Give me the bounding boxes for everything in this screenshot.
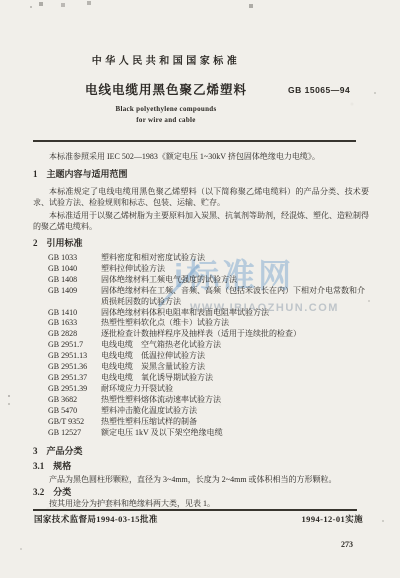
section2-heading: 2 引用标准 xyxy=(33,238,83,249)
section3-sub1-heading: 3.1 规格 xyxy=(33,461,71,472)
reference-row: GB 2828 逐批检查计数抽样程序及抽样表（适用于连续批的检查） xyxy=(48,329,372,340)
section3-heading: 3 产品分类 xyxy=(33,446,83,457)
document-page: i标准网 WWW.IBIAOZHUN.COM 中华人民共和国国家标准 电线电缆用… xyxy=(0,0,400,578)
standard-title-cn: 电线电缆用黑色聚乙烯塑料 xyxy=(33,80,299,98)
reference-code: GB 2951.39 xyxy=(48,384,92,395)
reference-title: 电线电缆 低温拉伸试验方法 xyxy=(101,351,372,362)
references-list: GB 1033 塑料密度和相对密度试验方法 GB 1040 塑料拉伸试验方法 G… xyxy=(48,253,372,438)
section1-paragraph2: 本标准适用于以聚乙烯树脂为主要原料加入炭黑、抗氧剂等助剂，经混炼、塑化、造粒制得… xyxy=(33,210,369,232)
reference-title: 额定电压 1kV 及以下架空绝缘电缆 xyxy=(101,428,372,439)
page-number: 273 xyxy=(341,540,353,549)
scan-artifacts xyxy=(0,0,2,2)
reference-title: 塑料冲击脆化温度试验方法 xyxy=(101,406,372,417)
reference-row: GB 1633 热塑性塑料软化点（维卡）试验方法 xyxy=(48,318,372,329)
authority-line: 中华人民共和国国家标准 xyxy=(33,52,299,67)
reference-code: GB 1410 xyxy=(48,308,92,319)
reference-code: GB 1040 xyxy=(48,264,92,275)
reference-row: GB 5470 塑料冲击脆化温度试验方法 xyxy=(48,406,372,417)
reference-code: GB 2828 xyxy=(48,329,92,340)
reference-title: 固体绝缘材料体积电阻率和表面电阻率试验方法 xyxy=(101,308,372,319)
reference-title: 电线电缆 空气箱热老化试验方法 xyxy=(101,340,372,351)
reference-row: GB 2951.36 电线电缆 炭黑含量试验方法 xyxy=(48,362,372,373)
reference-title: 塑料密度和相对密度试验方法 xyxy=(101,253,372,264)
reference-code: GB 2951.13 xyxy=(48,351,92,362)
reference-row: GB/T 9352 热塑性塑料压缩试样的制备 xyxy=(48,417,372,428)
footer-approval: 国家技术监督局1994-03-15批准 xyxy=(34,513,158,525)
intro-paragraph: 本标准参照采用 IEC 502—1983《额定电压 1~30kV 挤包固体绝缘电… xyxy=(33,151,369,162)
reference-code: GB 1033 xyxy=(48,253,92,264)
reference-code: GB 2951.37 xyxy=(48,373,92,384)
section1-heading: 1 主题内容与适用范围 xyxy=(33,169,128,180)
reference-code: GB 5470 xyxy=(48,406,92,417)
reference-row: GB 1410 固体绝缘材料体积电阻率和表面电阻率试验方法 xyxy=(48,308,372,319)
reference-row: GB 2951.13 电线电缆 低温拉伸试验方法 xyxy=(48,351,372,362)
reference-title: 热塑性塑料软化点（维卡）试验方法 xyxy=(101,318,372,329)
reference-row: GB 1040 塑料拉伸试验方法 xyxy=(48,264,372,275)
reference-row: GB 12527 额定电压 1kV 及以下架空绝缘电缆 xyxy=(48,428,372,439)
footer-divider-rule xyxy=(33,509,357,511)
reference-code: GB 1408 xyxy=(48,275,92,286)
reference-code: GB 12527 xyxy=(48,428,92,439)
reference-title: 电线电缆 氧化诱导期试验方法 xyxy=(101,373,372,384)
reference-code: GB 2951.7 xyxy=(48,340,92,351)
reference-row: GB 3682 热塑性塑料熔体流动速率试验方法 xyxy=(48,395,372,406)
standard-title-en-line1: Black polyethylene compounds xyxy=(33,105,299,113)
standard-title-en-line2: for wire and cable xyxy=(33,116,299,124)
section3-sub2-text: 按其用途分为护套料和绝缘料两大类，见表 1。 xyxy=(33,498,369,509)
reference-title: 固体绝缘材料在工频、音频、高频（包括米波长在内）下相对介电常数和介质损耗因数的试… xyxy=(101,286,372,308)
section3-sub1-text: 产品为黑色圆柱形颗粒，直径为 3~4mm，长度为 2~4mm 或体积相当的方形颗… xyxy=(33,474,369,485)
reference-title: 电线电缆 炭黑含量试验方法 xyxy=(101,362,372,373)
reference-code: GB/T 9352 xyxy=(48,417,92,428)
reference-title: 热塑性塑料熔体流动速率试验方法 xyxy=(101,395,372,406)
reference-title: 塑料拉伸试验方法 xyxy=(101,264,372,275)
reference-title: 耐环境应力开裂试验 xyxy=(101,384,372,395)
standard-number: GB 15065—94 xyxy=(288,85,350,95)
reference-title: 固体绝缘材料工频电气强度的试验方法 xyxy=(101,275,372,286)
reference-row: GB 1408 固体绝缘材料工频电气强度的试验方法 xyxy=(48,275,372,286)
reference-title: 逐批检查计数抽样程序及抽样表（适用于连续批的检查） xyxy=(101,329,372,340)
reference-row: GB 2951.7 电线电缆 空气箱热老化试验方法 xyxy=(48,340,372,351)
reference-row: GB 1033 塑料密度和相对密度试验方法 xyxy=(48,253,372,264)
section3-sub2-heading: 3.2 分类 xyxy=(33,487,71,498)
reference-code: GB 2951.36 xyxy=(48,362,92,373)
reference-code: GB 1633 xyxy=(48,318,92,329)
header-divider-rule xyxy=(33,140,356,142)
reference-row: GB 1409 固体绝缘材料在工频、音频、高频（包括米波长在内）下相对介电常数和… xyxy=(48,286,372,308)
reference-row: GB 2951.39 耐环境应力开裂试验 xyxy=(48,384,372,395)
footer-implementation: 1994-12-01实施 xyxy=(302,513,363,525)
section1-paragraph1: 本标准规定了电线电缆用黑色聚乙烯塑料（以下简称聚乙烯电缆料）的产品分类、技术要求… xyxy=(33,186,369,208)
reference-code: GB 3682 xyxy=(48,395,92,406)
reference-row: GB 2951.37 电线电缆 氧化诱导期试验方法 xyxy=(48,373,372,384)
reference-title: 热塑性塑料压缩试样的制备 xyxy=(101,417,372,428)
reference-code: GB 1409 xyxy=(48,286,92,308)
